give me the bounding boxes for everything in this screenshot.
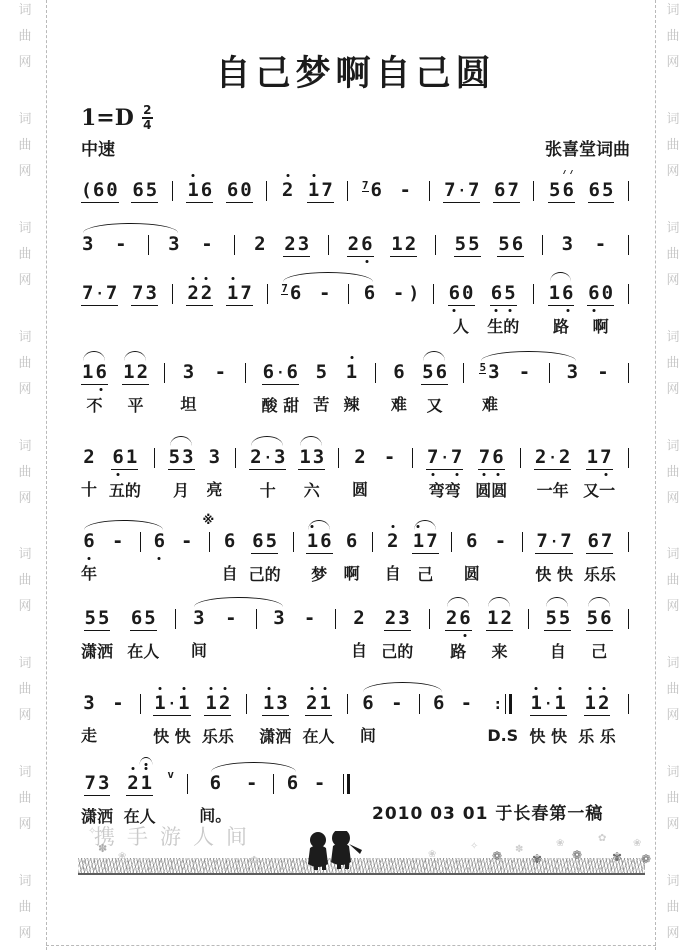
note-group: v: [166, 772, 175, 795]
octave-dot-above: [312, 174, 315, 177]
note-column: [174, 607, 177, 630]
note-column: 55潇洒: [81, 607, 113, 661]
lyric-syllable: 平: [128, 397, 144, 415]
barline: [627, 282, 630, 305]
note-column: [139, 692, 142, 715]
note-group: 2: [82, 446, 95, 469]
note-digit: 6: [289, 282, 302, 304]
note-digit: 1: [125, 446, 138, 468]
note-column: [627, 692, 630, 715]
watermark-char: 词: [18, 440, 31, 453]
note-column: -: [300, 607, 319, 630]
barline: [532, 179, 535, 202]
note-column: [346, 179, 349, 202]
barline: [245, 692, 248, 715]
note-column: [627, 530, 630, 553]
flower-icon: ✿: [598, 834, 606, 844]
barline-stroke: [522, 532, 523, 552]
note-group: 56: [548, 179, 575, 203]
barline: [627, 446, 630, 469]
note-digit: 6: [345, 530, 358, 552]
flower-icon: ✾: [612, 852, 622, 862]
note-digit: 6: [94, 361, 107, 383]
barline-stroke: [293, 532, 294, 552]
note-digit: 6: [111, 446, 124, 468]
lyric-syllable: 又: [427, 397, 443, 415]
note-digit: 7: [320, 179, 333, 201]
watermark-char: 词: [18, 657, 31, 670]
watermark-char: 网: [18, 165, 31, 178]
note-column: 60人: [448, 282, 475, 336]
octave-dot-below: [100, 388, 103, 391]
lyric-syllable: 自: [385, 565, 401, 583]
watermark-char: 词: [18, 4, 31, 17]
note-column: 6·6酸 甜: [262, 361, 300, 415]
barline-stroke: [628, 609, 629, 629]
lyric-syllable: 弯弯: [429, 482, 461, 500]
note-digit: 3: [566, 361, 579, 383]
barline-stroke: [347, 181, 348, 201]
note-digit: 1: [345, 361, 358, 383]
note-digit: 3: [182, 361, 195, 383]
note-group: 7·7: [81, 282, 118, 306]
note-column: ※: [208, 530, 211, 553]
dash-note: -: [211, 361, 230, 383]
note-digit: 7: [600, 530, 613, 552]
barline: [450, 530, 453, 553]
octave-dot-below: [495, 309, 498, 312]
watermark-char: 词: [18, 222, 31, 235]
note-digit: 1: [204, 692, 217, 714]
note-column: [186, 772, 189, 795]
mordent-icon: [563, 170, 573, 174]
dash-note: -: [387, 692, 406, 714]
note-digit: 7: [131, 282, 144, 304]
watermark-group: 词曲网: [666, 657, 679, 722]
watermark-char: 词: [18, 331, 31, 344]
note-column: 12来: [486, 607, 513, 661]
note-group: -: [211, 361, 230, 384]
barline: [627, 692, 630, 715]
note-column: [548, 361, 551, 384]
lyric-syllable: D.S: [487, 727, 518, 745]
watermark-char: 曲: [666, 574, 679, 587]
note-digit: 2: [404, 233, 417, 255]
note-group: 60: [448, 282, 475, 306]
note-group: 3: [167, 233, 180, 256]
note-column: [374, 361, 377, 384]
note-column: 2·2一年: [534, 446, 571, 500]
note-column: 12: [390, 233, 417, 257]
note-column: 2圆: [352, 446, 368, 499]
note-digit: 1: [140, 772, 153, 794]
barline-stroke: [172, 284, 173, 304]
note-column: 2: [253, 233, 266, 256]
note-digit: 7: [105, 282, 118, 304]
note-digit: 3: [487, 361, 500, 383]
note-digit: 0: [461, 282, 474, 304]
slur-arc: [488, 597, 510, 607]
music-system: 55潇洒65在人3间-3-2自23己的26路12来55自56己: [81, 595, 630, 661]
dash-note: -: [491, 530, 510, 552]
barline-stroke: [273, 774, 274, 794]
lyric-syllable: 乐乐: [584, 566, 616, 584]
dash-note: -: [315, 282, 334, 304]
flower-icon: ❁: [492, 851, 502, 861]
barline-stroke: [164, 363, 165, 383]
note-column: [327, 233, 330, 256]
note-digit: 6: [319, 530, 332, 552]
note-group: 6: [153, 530, 166, 553]
barline: [272, 772, 275, 795]
barline: [428, 179, 431, 202]
note-group: 12: [584, 692, 611, 716]
note-column: [627, 607, 630, 630]
barline: [418, 692, 421, 715]
flower-icon: ❀: [556, 839, 564, 849]
barline: [171, 282, 174, 305]
manuscript-date: 2010 03 01 于长春第一稿: [372, 799, 603, 824]
note-column: [462, 361, 465, 384]
barline-stroke: [154, 448, 155, 468]
note-digit: 6: [599, 607, 612, 629]
note-group: 76: [281, 282, 302, 305]
lyric-syllable: 走: [81, 727, 97, 745]
note-group: -: [593, 361, 612, 384]
note-digit: 5: [168, 446, 181, 468]
octave-dot-below: [496, 473, 499, 476]
lyric-syllable: 乐 乐: [578, 728, 616, 746]
note-digit: 7: [450, 446, 463, 468]
lyric-syllable: 年: [81, 565, 97, 583]
note-digit: 2: [249, 446, 262, 468]
note-column: [346, 692, 349, 715]
barline: [521, 530, 524, 553]
note-group: 3: [272, 607, 285, 630]
rhythm-dot: ·: [547, 453, 557, 463]
note-group: 26: [445, 607, 472, 631]
note-digit: 3: [312, 446, 325, 468]
octave-dot-above: [324, 687, 327, 690]
note-group: -: [221, 607, 240, 630]
watermark-group: 词曲网: [666, 766, 679, 831]
note-digit: 1: [122, 361, 135, 383]
octave-dot-above: [391, 525, 394, 528]
measure-row: 2十61五的53月3亮2·3十13六2圆-7·7弯弯76圆圆2·2一年17又一: [81, 446, 630, 500]
watermark-group: 词曲网: [18, 4, 31, 69]
note-column: 65: [131, 179, 158, 203]
note-group: -: [491, 530, 510, 553]
note-group: 7·7: [426, 446, 463, 470]
watermark-char: 词: [18, 766, 31, 779]
note-digit: 5: [558, 607, 571, 629]
barline: [147, 233, 150, 256]
note-group: 7·7: [535, 530, 572, 554]
note-column: [434, 233, 437, 256]
note-group: 5: [315, 361, 328, 384]
note-group: 12: [486, 607, 513, 631]
barline: [627, 607, 630, 630]
measure-row: 3走-1·1快 快12乐乐13潇洒21在人6间-6-:D.S1·1快 快12乐 …: [81, 692, 630, 746]
note-group: 23: [283, 233, 310, 257]
watermark-char: 网: [666, 165, 679, 178]
dash-note: -: [108, 692, 127, 714]
barline: [171, 179, 174, 202]
lyric-syllable: 圆圆: [475, 482, 507, 500]
barline: [292, 530, 295, 553]
note-digit: 1: [81, 361, 94, 383]
note-digit: 1: [307, 179, 320, 201]
note-digit: 7: [443, 179, 456, 201]
barline: [153, 446, 156, 469]
note-column: 26: [347, 233, 374, 257]
note-group: 53: [168, 446, 195, 470]
note-group: 76: [478, 446, 505, 470]
note-digit: 2: [386, 530, 399, 552]
note-digit: 6: [223, 530, 236, 552]
barline-stroke: [412, 448, 413, 468]
note-digit: 3: [192, 607, 205, 629]
note-column: 17: [226, 282, 253, 306]
watermark-group: 词曲网: [666, 440, 679, 505]
note-column: 22: [186, 282, 213, 306]
octave-dot-below: [455, 473, 458, 476]
note-column: 65生的: [487, 282, 519, 336]
time-signature: 2 4: [142, 105, 153, 131]
watermark-char: 网: [18, 600, 31, 613]
note-digit: 1: [548, 282, 561, 304]
note-digit: 5: [467, 233, 480, 255]
watermark-char: 词: [18, 875, 31, 888]
note-group: 12: [122, 361, 149, 385]
watermark-char: 词: [666, 4, 679, 17]
song-title: 自己梦啊自己圆: [81, 52, 630, 96]
slur-arc: [194, 597, 282, 607]
note-group: 17: [307, 179, 334, 203]
note-group: 6: [286, 772, 299, 795]
fermata-dot: [145, 763, 148, 766]
note-group: 6: [345, 530, 358, 553]
barline-stroke: [140, 532, 141, 552]
note-column: [171, 282, 174, 305]
slur-arc: [423, 351, 445, 361]
music-system: (6065166021776-7·7675665: [81, 167, 630, 203]
note-digit: 6: [92, 179, 105, 201]
barline-stroke: [267, 284, 268, 304]
barline-stroke: [628, 448, 629, 468]
note-group: 21: [305, 692, 332, 716]
lyric-syllable: 月: [173, 482, 189, 500]
note-column: -: [315, 282, 334, 305]
note-digit: 1: [177, 692, 190, 714]
note-digit: 2: [126, 772, 139, 794]
slur-arc: [550, 272, 572, 282]
final-barline: [340, 772, 350, 795]
note-group: 1·1: [530, 692, 567, 716]
lyric-syllable: 在人: [303, 728, 335, 746]
slur-arc: [211, 762, 297, 772]
flower-icon: ✧: [470, 842, 478, 852]
octave-dot-below: [592, 309, 595, 312]
segno-icon: ※: [203, 513, 215, 527]
note-group: 2: [253, 233, 266, 256]
note-digit: 2: [186, 282, 199, 304]
note-digit: 2: [499, 607, 512, 629]
note-digit: 2: [283, 233, 296, 255]
lyric-syllable: 苦: [313, 396, 329, 414]
measure-row: 3-3-223261255563-: [81, 233, 630, 257]
barline: [139, 530, 142, 553]
music-system: 2十61五的53月3亮2·3十13六2圆-7·7弯弯76圆圆2·2一年17又一: [81, 434, 630, 500]
watermark-group: 词曲网: [18, 548, 31, 613]
barline: [244, 361, 247, 384]
note-column: [171, 179, 174, 202]
note-column: [432, 282, 435, 305]
octave-dot-above: [350, 356, 353, 359]
flower-icon: ✾: [532, 854, 542, 864]
note-digit: 7: [426, 446, 439, 468]
note-column: 6: [286, 772, 299, 795]
note-group: -: [515, 361, 534, 384]
watermark-char: 词: [666, 766, 679, 779]
note-digit: 5: [143, 607, 156, 629]
note-digit: 2: [200, 282, 213, 304]
barline: [527, 607, 530, 630]
dash-note: -: [108, 530, 127, 552]
note-column: 7·7: [443, 179, 480, 203]
barline: [532, 282, 535, 305]
note-column: 6间。: [199, 772, 231, 825]
watermark-char: 曲: [18, 683, 31, 696]
watermark-group: 词曲网: [18, 222, 31, 287]
note-digit: 7: [478, 446, 491, 468]
note-digit: 5: [454, 233, 467, 255]
lyric-syllable: 潇洒: [81, 643, 113, 661]
note-digit: 0: [105, 179, 118, 201]
barline-stroke: [235, 448, 236, 468]
note-digit: 7: [467, 179, 480, 201]
octave-dot-above: [158, 687, 161, 690]
note-digit: 2: [305, 692, 318, 714]
octave-dot-above: [310, 687, 313, 690]
note-group: 2·2: [534, 446, 571, 470]
watermark-char: 曲: [18, 901, 31, 914]
note-group: 60: [587, 282, 614, 306]
left-perforation-line: [46, 0, 47, 950]
note-digit: 6: [458, 607, 471, 629]
note-digit: 3: [272, 607, 285, 629]
lyric-syllable: 自: [351, 642, 367, 660]
note-digit: 3: [167, 233, 180, 255]
note-digit: 6: [363, 282, 376, 304]
octave-dot-above: [602, 687, 605, 690]
note-column: 17己: [412, 530, 439, 584]
watermark-group: 词曲网: [666, 4, 679, 69]
note-column: [411, 446, 414, 469]
watermark-group: 词曲网: [666, 548, 679, 613]
watermark-char: 网: [666, 818, 679, 831]
barline: [255, 607, 258, 630]
note-group: 1·1: [153, 692, 190, 716]
slur-arc: [481, 351, 576, 361]
slur-arc: [170, 436, 192, 446]
note-column: 3: [561, 233, 574, 256]
lyric-syllable: 难: [482, 396, 498, 414]
note-column: -: [396, 179, 415, 202]
note-column: 56又: [421, 361, 448, 415]
note-column: 6: [432, 692, 445, 715]
barline: [541, 233, 544, 256]
barline-stroke: [628, 694, 629, 714]
note-column: 12乐 乐: [578, 692, 616, 746]
note-digit: 6: [561, 282, 574, 304]
barline: [627, 233, 630, 256]
note-digit: 1: [390, 233, 403, 255]
grace-note: 7: [362, 181, 369, 192]
watermark-char: 词: [666, 331, 679, 344]
octave-dot-below: [604, 473, 607, 476]
watermark-char: 曲: [666, 683, 679, 696]
watermark-group: 词曲网: [18, 331, 31, 396]
note-column: 1·1快 快: [153, 692, 191, 746]
note-group: 3: [192, 607, 205, 630]
note-digit: 2: [136, 361, 149, 383]
note-column: [627, 361, 630, 384]
note-digit: 6: [262, 361, 275, 383]
barline: [462, 361, 465, 384]
barline-stroke: [209, 532, 210, 552]
note-column: 3坦: [180, 361, 196, 414]
note-group: 56: [421, 361, 448, 385]
barline: [186, 772, 189, 795]
note-digit: 3: [81, 233, 94, 255]
note-column: 1辣: [344, 361, 360, 414]
note-column: -: [111, 233, 130, 256]
barline-stroke: [433, 284, 434, 304]
rhythm-dot: ·: [275, 368, 285, 378]
note-column: [527, 607, 530, 630]
note-column: 60啊: [587, 282, 614, 336]
barline: [233, 233, 236, 256]
notation-area: (6065166021776-7·76756653-3-223261255563…: [81, 167, 630, 826]
note-column: -: [242, 772, 261, 795]
barline: [327, 233, 330, 256]
note-group: -: [197, 233, 216, 256]
watermark-char: 词: [666, 548, 679, 561]
barline: [371, 530, 374, 553]
note-group: 3: [566, 361, 579, 384]
watermark-char: 词: [666, 113, 679, 126]
right-edge-watermark: 词曲网词曲网词曲网词曲网词曲网词曲网词曲网词曲网词曲网: [660, 4, 686, 940]
lyric-syllable: 十: [81, 481, 97, 499]
watermark-char: 词: [666, 222, 679, 235]
note-column: -: [457, 692, 476, 715]
note-digit: 6: [511, 233, 524, 255]
barline-stroke: [628, 235, 629, 255]
watermark-char: 网: [666, 56, 679, 69]
note-digit: 2: [445, 607, 458, 629]
note-digit: 6: [130, 607, 143, 629]
dash-note: -: [221, 607, 240, 629]
note-column: 7·7快 快: [535, 530, 573, 584]
note-group: 3: [81, 233, 94, 256]
watermark-char: 词: [18, 548, 31, 561]
note-digit: 6: [448, 282, 461, 304]
slur-arc: [363, 682, 442, 692]
barline-stroke: [175, 609, 176, 629]
flower-icon: ❀: [118, 852, 126, 862]
left-edge-watermark: 词曲网词曲网词曲网词曲网词曲网词曲网词曲网词曲网词曲网: [12, 4, 38, 940]
